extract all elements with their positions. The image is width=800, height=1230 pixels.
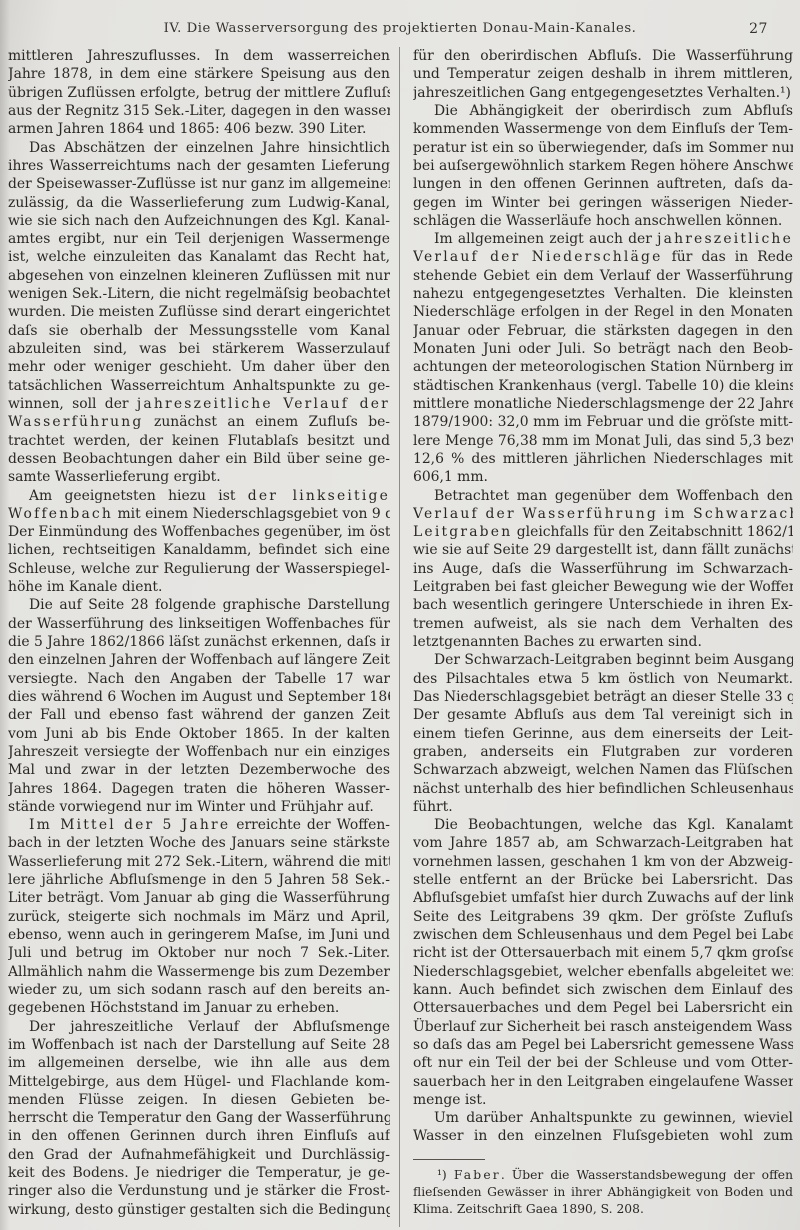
text-line: Liter beträgt. Vom Januar ab ging die Wa… xyxy=(8,889,390,907)
paragraph: Die Abhängigkeit der oberirdisch zum Abf… xyxy=(413,102,793,230)
text-line: Der Schwarzach-Leitgraben beginnt beim A… xyxy=(413,651,793,669)
text-run: Niederschläge erfolgen in der Regel in d… xyxy=(413,304,793,320)
text-run: dessen Beobachtungen daher ein Bild über… xyxy=(8,451,390,467)
text-line: jahreszeitlichen Gang entgegengesetztes … xyxy=(413,84,793,102)
text-run: Der Einmündung des Woffenbaches gegenübe… xyxy=(8,524,390,540)
text-run: im allgemeinen derselbe, wie ihn alle au… xyxy=(8,1055,390,1071)
text-line: Im Mittel der 5 Jahre erreichte der Woff… xyxy=(8,816,390,834)
text-run: Die auf Seite 28 folgende graphische Dar… xyxy=(29,597,390,613)
text-line: ¹) Faber. Über die Wasserstandsbewegung … xyxy=(413,1167,793,1184)
text-run: übrigen Zuflüssen erfolgte, betrug der m… xyxy=(8,85,390,101)
text-run: Liter beträgt. Vom Januar ab ging die Wa… xyxy=(8,890,390,906)
paragraph: mittleren Jahreszuflusses. In dem wasser… xyxy=(8,47,390,139)
emphasized-text: der linkseitige xyxy=(248,488,390,504)
text-run: zulässig, da die Wasserlieferung zum Lud… xyxy=(8,195,390,211)
text-run: vom Jahre 1857 ab, am Schwarzach-Leitgra… xyxy=(413,835,793,851)
text-run: Allmählich nahm die Wassermenge bis zum … xyxy=(8,964,390,980)
text-run: achtungen der meteorologischen Station N… xyxy=(413,359,793,375)
text-run: vom Juni ab bis Ende Oktober 1865. In de… xyxy=(8,726,390,742)
text-run: winnen, soll der xyxy=(8,396,137,412)
text-run: armen Jahren 1864 und 1865: 406 bezw. 39… xyxy=(8,121,366,137)
running-title: IV. Die Wasserversorgung des projektiert… xyxy=(0,21,800,36)
text-line: mittlere monatliche Niederschlagsmenge d… xyxy=(413,395,793,413)
paragraph: Um darüber Anhaltspunkte zu gewinnen, wi… xyxy=(413,1109,793,1146)
text-run: flieſsenden Gewässer in ihrer Abhängigke… xyxy=(413,1185,793,1199)
text-run: und Temperatur zeigen deshalb in ihrem m… xyxy=(413,66,793,82)
text-line: Ottersauerbaches und dem Pegel bei Laber… xyxy=(413,999,793,1017)
text-run: Um darüber Anhaltspunkte zu gewinnen, wi… xyxy=(434,1110,793,1126)
emphasized-text: Leitgraben xyxy=(413,524,512,540)
text-run: nahezu entgegengesetztes Verhalten. Die … xyxy=(413,286,793,302)
text-line: Abfluſsgebiet umfaſst hier durch Zuwachs… xyxy=(413,889,793,907)
column-divider-rule xyxy=(399,47,400,1227)
text-run: abzuleiten sind, was bei stärkerem Wasse… xyxy=(8,341,390,357)
text-run: bei auſsergewöhnlich starkem Regen höher… xyxy=(413,158,793,174)
text-line: richt ist der Ottersauerbach mit einem 5… xyxy=(413,944,793,962)
text-line: Die Beobachtungen, welche das Kgl. Kanal… xyxy=(413,816,793,834)
text-line: Woffenbach mit einem Niederschlagsgebiet… xyxy=(8,505,390,523)
text-line: der Wasserführung des linkseitigen Woffe… xyxy=(8,615,390,633)
text-run: zurück, steigerte sich nochmals im März … xyxy=(8,909,390,925)
text-line: sauerbach her in den Leitgraben eingelau… xyxy=(413,1073,793,1091)
text-run: Schwarzach abzweigt, welchen Namen das F… xyxy=(413,762,793,778)
text-run: stehende Gebiet ein dem Verlauf der Wass… xyxy=(413,268,793,284)
footnote: ¹) Faber. Über die Wasserstandsbewegung … xyxy=(413,1167,793,1219)
text-line: letztgenannten Baches zu erwarten sind. xyxy=(413,633,793,651)
text-run: herrscht die Temperatur den Gang der Was… xyxy=(8,1110,390,1126)
text-line: peratur ist ein so überwiegender, daſs i… xyxy=(413,139,793,157)
text-line: mittleren Jahreszuflusses. In dem wasser… xyxy=(8,47,390,65)
text-line: Niederschläge erfolgen in der Regel in d… xyxy=(413,303,793,321)
text-line: Januar oder Februar, die stärksten dageg… xyxy=(413,322,793,340)
text-run: der Speisewasser-Zuflüsse ist nur ganz i… xyxy=(8,176,390,192)
emphasized-text: Woffenbach xyxy=(8,506,113,522)
text-line: Wasserführung zunächst an einem Zufluſs … xyxy=(8,413,390,431)
text-run: Januar oder Februar, die stärksten dageg… xyxy=(413,323,793,339)
text-run: mittleren Jahreszuflusses. In dem wasser… xyxy=(8,48,390,64)
text-run: keit des Bodens. Je niedriger die Temper… xyxy=(8,1165,390,1181)
text-run: mit einem Niederschlagsgebiet von 9 qkm. xyxy=(113,506,390,522)
text-run: kommenden Wassermenge von dem Einfluſs d… xyxy=(413,121,793,137)
text-line: herrscht die Temperatur den Gang der Was… xyxy=(8,1109,390,1127)
text-line: führt. xyxy=(413,798,793,816)
emphasized-text: jahreszeitliche xyxy=(657,231,793,247)
emphasized-text: Verlauf der Wasserführung im Schwarzach- xyxy=(413,506,793,522)
text-line: Juli und betrug im Oktober nur noch 7 Se… xyxy=(8,944,390,962)
text-run: gleichfalls für den Zeitabschnitt 1862/1… xyxy=(512,524,793,540)
text-run: Der jahreszeitliche Verlauf der Abfluſsm… xyxy=(29,1019,390,1035)
text-run: Im allgemeinen zeigt auch der xyxy=(434,231,657,247)
text-run: 1879/1900: 32,0 mm im Februar und die gr… xyxy=(413,414,793,430)
text-run: samte Wasserlieferung ergibt. xyxy=(8,469,221,485)
text-run: Monaten Juni oder Juli. So beträgt nach … xyxy=(413,341,793,357)
text-run: tatsächlichen Wasserreichtum Anhaltspunk… xyxy=(8,378,390,394)
text-run: Jahre 1878, in dem eine stärkere Speisun… xyxy=(8,66,390,82)
text-run: . Über die Wasserstandsbewegung der offe… xyxy=(501,1168,793,1182)
text-run: zunächst an einem Zufluſs be- xyxy=(144,414,390,430)
text-line: in den offenen Gerinnen durch ihren Einf… xyxy=(8,1127,390,1145)
text-line: Wasser in den einzelnen Fluſsgebieten wo… xyxy=(413,1127,793,1145)
paragraph: Die Beobachtungen, welche das Kgl. Kanal… xyxy=(413,816,793,1109)
text-line: dessen Beobachtungen daher ein Bild über… xyxy=(8,450,390,468)
text-run: Leitgraben bei fast gleicher Bewegung wi… xyxy=(413,579,793,595)
text-run: menge ist. xyxy=(413,1092,486,1108)
paragraph: Im allgemeinen zeigt auch der jahreszeit… xyxy=(413,230,793,486)
text-line: wieder zu, um sich sodann rasch auf den … xyxy=(8,981,390,999)
text-line: Jahres 1864. Dagegen traten die höheren … xyxy=(8,780,390,798)
emphasized-text: Faber xyxy=(454,1168,501,1182)
text-line: Mal und zwar in der letzten Dezemberwoch… xyxy=(8,761,390,779)
footnote-separator-rule xyxy=(413,1159,485,1160)
text-line: Wasserlieferung mit 272 Sek.-Litern, wäh… xyxy=(8,853,390,871)
paragraph: Der Schwarzach-Leitgraben beginnt beim A… xyxy=(413,651,793,816)
text-line: Verlauf der Wasserführung im Schwarzach- xyxy=(413,505,793,523)
text-run: 12,6 % des mittleren jährlichen Niedersc… xyxy=(413,451,793,467)
paragraph: Der jahreszeitliche Verlauf der Abfluſsm… xyxy=(8,1018,390,1219)
paragraph: ¹) Faber. Über die Wasserstandsbewegung … xyxy=(413,1167,793,1219)
text-run: höhe im Kanale dient. xyxy=(8,579,162,595)
text-line: Der gesamte Abfluſs aus dem Tal vereinig… xyxy=(413,706,793,724)
text-run: Das Abschätzen der einzelnen Jahre hinsi… xyxy=(29,140,390,156)
text-run: Die Abhängigkeit der oberirdisch zum Abf… xyxy=(434,103,793,119)
text-line: Allmählich nahm die Wassermenge bis zum … xyxy=(8,963,390,981)
text-line: versiegte. Nach den Angaben der Tabelle … xyxy=(8,670,390,688)
text-line: ringer also die Verdunstung und je stärk… xyxy=(8,1182,390,1200)
text-run: lere Menge 76,38 mm im Monat Juli, das s… xyxy=(413,433,793,449)
text-run: trachtet werden, der keinen Flutablaſs b… xyxy=(8,433,390,449)
text-run: gegen im Winter bei geringen wässerigen … xyxy=(413,195,793,211)
text-run: für den oberirdischen Abfluſs. Die Wasse… xyxy=(413,48,793,64)
right-text-column: für den oberirdischen Abfluſs. Die Wasse… xyxy=(413,47,793,1227)
text-line: 606,1 mm. xyxy=(413,468,793,486)
text-line: oft nur ein Teil der bei der Schleuse un… xyxy=(413,1054,793,1072)
text-line: daſs sie oberhalb der Messungsstelle vom… xyxy=(8,322,390,340)
text-line: gegen im Winter bei geringen wässerigen … xyxy=(413,194,793,212)
text-run: kann. Auch befindet sich zwischen dem Ei… xyxy=(413,982,793,998)
text-run: Niederschlagsgebiet, welcher ebenfalls a… xyxy=(413,964,793,980)
text-line: übrigen Zuflüssen erfolgte, betrug der m… xyxy=(8,84,390,102)
text-line: Jahre 1878, in dem eine stärkere Speisun… xyxy=(8,65,390,83)
scanned-book-page: IV. Die Wasserversorgung des projektiert… xyxy=(0,0,800,1230)
emphasized-text: Wasserführung xyxy=(8,414,144,430)
text-line: einem tiefen Gerinne, aus dem einerseits… xyxy=(413,725,793,743)
text-run: ¹) xyxy=(437,1168,454,1182)
text-run: menden Flüsse zeigen. In diesen Gebieten… xyxy=(8,1092,390,1108)
text-line: wie sie auf Seite 29 dargestellt ist, da… xyxy=(413,541,793,559)
text-line: Das Niederschlagsgebiet beträgt an diese… xyxy=(413,688,793,706)
text-run: ringer also die Verdunstung und je stärk… xyxy=(8,1183,390,1199)
text-line: graben, anderseits ein Flutgraben zur vo… xyxy=(413,743,793,761)
text-run: wurden. Die meisten Zuflüsse sind derart… xyxy=(8,304,390,320)
text-run: peratur ist ein so überwiegender, daſs i… xyxy=(413,140,793,156)
text-line: winnen, soll der jahreszeitliche Verlauf… xyxy=(8,395,390,413)
text-line: menge ist. xyxy=(413,1091,793,1109)
text-line: Das Abschätzen der einzelnen Jahre hinsi… xyxy=(8,139,390,157)
text-line: der Speisewasser-Zuflüsse ist nur ganz i… xyxy=(8,175,390,193)
text-line: im allgemeinen derselbe, wie ihn alle au… xyxy=(8,1054,390,1072)
text-line: zulässig, da die Wasserlieferung zum Lud… xyxy=(8,194,390,212)
text-line: Der Einmündung des Woffenbaches gegenübe… xyxy=(8,523,390,541)
text-line: bei auſsergewöhnlich starkem Regen höher… xyxy=(413,157,793,175)
text-line: lungen in den offenen Gerinnen auftreten… xyxy=(413,175,793,193)
text-line: Mittelgebirge, aus dem Hügel- und Flachl… xyxy=(8,1073,390,1091)
paragraph: Im Mittel der 5 Jahre erreichte der Woff… xyxy=(8,816,390,1017)
page-header: IV. Die Wasserversorgung des projektiert… xyxy=(0,21,800,39)
paragraph: für den oberirdischen Abfluſs. Die Wasse… xyxy=(413,47,793,102)
text-line: samte Wasserlieferung ergibt. xyxy=(8,468,390,486)
text-run: richt ist der Ottersauerbach mit einem 5… xyxy=(413,945,793,961)
text-line: wenigen Sek.-Litern, die nicht regelmäſs… xyxy=(8,285,390,303)
text-line: Im allgemeinen zeigt auch der jahreszeit… xyxy=(413,230,793,248)
text-line: Jahreszeit versiegte der Woffenbach nur … xyxy=(8,743,390,761)
text-run: gegebenen Höchststand im Januar zu erheb… xyxy=(8,1000,339,1016)
text-line: abgesehen von einzelnen kleineren Zuflüs… xyxy=(8,267,390,285)
text-line: kann. Auch befindet sich zwischen dem Ei… xyxy=(413,981,793,999)
text-run: jahreszeitlichen Gang entgegengesetztes … xyxy=(413,85,791,101)
text-line: Monaten Juni oder Juli. So beträgt nach … xyxy=(413,340,793,358)
text-run: ihres Wasserreichtums nach der gesamten … xyxy=(8,158,390,174)
text-run: vornehmen lassen, geschahen 1 km von der… xyxy=(413,854,793,870)
text-run: graben, anderseits ein Flutgraben zur vo… xyxy=(413,744,793,760)
text-line: 1879/1900: 32,0 mm im Februar und die gr… xyxy=(413,413,793,431)
text-run: nächst unterhalb des hier befindlichen S… xyxy=(413,781,793,797)
text-run: dies während 6 Wochen im August und Sept… xyxy=(8,689,390,705)
paragraph: Das Abschätzen der einzelnen Jahre hinsi… xyxy=(8,139,390,487)
text-line: zwischen dem Schleusenhaus und dem Pegel… xyxy=(413,926,793,944)
text-run: lere jährliche Abfluſsmenge in den 5 Jah… xyxy=(8,872,390,888)
text-line: achtungen der meteorologischen Station N… xyxy=(413,358,793,376)
text-line: menden Flüsse zeigen. In diesen Gebieten… xyxy=(8,1091,390,1109)
text-run: versiegte. Nach den Angaben der Tabelle … xyxy=(8,671,390,687)
text-line: dies während 6 Wochen im August und Sept… xyxy=(8,688,390,706)
text-run: Klima. Zeitschrift Gaea 1890, S. 208. xyxy=(413,1202,644,1216)
text-run: aus der Regnitz 315 Sek.-Liter, dagegen … xyxy=(8,103,390,119)
text-run: bach in der letzten Woche des Januars se… xyxy=(8,835,390,851)
text-line: Verlauf der Niederschläge für das in Red… xyxy=(413,248,793,266)
text-line: tremen aufweist, als sie nach dem Verhal… xyxy=(413,615,793,633)
text-run: Juli und betrug im Oktober nur noch 7 Se… xyxy=(8,945,390,961)
emphasized-text: jahreszeitliche Verlauf der xyxy=(137,396,390,412)
text-line: keit des Bodens. Je niedriger die Temper… xyxy=(8,1164,390,1182)
two-column-text-area: mittleren Jahreszuflusses. In dem wasser… xyxy=(8,47,794,1227)
right-column-body: für den oberirdischen Abfluſs. Die Wasse… xyxy=(413,47,793,1146)
text-run: in den offenen Gerinnen durch ihren Einf… xyxy=(8,1128,390,1144)
text-run: im Woffenbach ist nach der Darstellung a… xyxy=(8,1037,390,1053)
text-line: lichen, rechtseitigen Kanaldamm, befinde… xyxy=(8,541,390,559)
text-run: oft nur ein Teil der bei der Schleuse un… xyxy=(413,1055,793,1071)
text-run: den einzelnen Jahren der Woffenbach auf … xyxy=(8,652,390,668)
text-line: Um darüber Anhaltspunkte zu gewinnen, wi… xyxy=(413,1109,793,1127)
text-run: Der gesamte Abfluſs aus dem Tal vereinig… xyxy=(413,707,793,723)
text-run: bach wesentlich geringere Unterschiede i… xyxy=(413,597,793,613)
text-run: Der Schwarzach-Leitgraben beginnt beim A… xyxy=(434,652,793,668)
text-line: schlägen die Wasserläufe hoch anschwelle… xyxy=(413,212,793,230)
text-line: aus der Regnitz 315 Sek.-Liter, dagegen … xyxy=(8,102,390,120)
text-line: vom Juni ab bis Ende Oktober 1865. In de… xyxy=(8,725,390,743)
text-line: bach in der letzten Woche des Januars se… xyxy=(8,834,390,852)
paragraph: Betrachtet man gegenüber dem Woffenbach … xyxy=(413,487,793,652)
emphasized-text: Verlauf der Niederschläge xyxy=(413,249,663,265)
text-line: nächst unterhalb des hier befindlichen S… xyxy=(413,780,793,798)
text-line: lere jährliche Abfluſsmenge in den 5 Jah… xyxy=(8,871,390,889)
text-run: den Grad der Aufnahmefähigkeit und Durch… xyxy=(8,1147,390,1163)
text-line: Die auf Seite 28 folgende graphische Dar… xyxy=(8,596,390,614)
text-line: trachtet werden, der keinen Flutablaſs b… xyxy=(8,432,390,450)
text-run: städtischen Krankenhaus (vergl. Tabelle … xyxy=(413,378,793,394)
text-run: erreichte der Woffen- xyxy=(230,817,390,833)
text-line: wirkung, desto günstiger gestalten sich … xyxy=(8,1201,390,1219)
text-run: Die Beobachtungen, welche das Kgl. Kanal… xyxy=(434,817,793,833)
text-run: Wasser in den einzelnen Fluſsgebieten wo… xyxy=(413,1128,793,1144)
text-run: wirkung, desto günstiger gestalten sich … xyxy=(8,1202,390,1218)
text-line: Seite des Leitgrabens 39 qkm. Der gröſst… xyxy=(413,908,793,926)
text-line: Klima. Zeitschrift Gaea 1890, S. 208. xyxy=(413,1201,793,1218)
text-line: Die Abhängigkeit der oberirdisch zum Abf… xyxy=(413,102,793,120)
text-line: ist, welche einzuleiten das Kanalamt das… xyxy=(8,248,390,266)
text-run: einem tiefen Gerinne, aus dem einerseits… xyxy=(413,726,793,742)
text-line: zurück, steigerte sich nochmals im März … xyxy=(8,908,390,926)
text-line: Leitgraben gleichfalls für den Zeitabsch… xyxy=(413,523,793,541)
text-run: wie sie auf Seite 29 dargestellt ist, da… xyxy=(413,542,793,558)
text-run: des Pilsachtales etwa 5 km östlich von N… xyxy=(413,671,793,687)
text-line: des Pilsachtales etwa 5 km östlich von N… xyxy=(413,670,793,688)
text-line: Niederschlagsgebiet, welcher ebenfalls a… xyxy=(413,963,793,981)
text-run: tremen aufweist, als sie nach dem Verhal… xyxy=(413,616,793,632)
text-line: lere Menge 76,38 mm im Monat Juli, das s… xyxy=(413,432,793,450)
text-line: mehr oder weniger geschieht. Um daher üb… xyxy=(8,358,390,376)
text-run: zwischen dem Schleusenhaus und dem Pegel… xyxy=(413,927,793,943)
text-line: Betrachtet man gegenüber dem Woffenbach … xyxy=(413,487,793,505)
text-run: lichen, rechtseitigen Kanaldamm, befinde… xyxy=(8,542,390,558)
text-line: vornehmen lassen, geschahen 1 km von der… xyxy=(413,853,793,871)
text-run: Mal und zwar in der letzten Dezemberwoch… xyxy=(8,762,390,778)
text-line: amtes ergibt, nur ein Teil derjenigen Wa… xyxy=(8,230,390,248)
text-line: stände vorwiegend nur im Winter und Früh… xyxy=(8,798,390,816)
text-line: nahezu entgegengesetztes Verhalten. Die … xyxy=(413,285,793,303)
text-run: Abfluſsgebiet umfaſst hier durch Zuwachs… xyxy=(413,890,793,906)
text-run: stände vorwiegend nur im Winter und Früh… xyxy=(8,799,374,815)
text-line: im Woffenbach ist nach der Darstellung a… xyxy=(8,1036,390,1054)
text-run: 606,1 mm. xyxy=(413,469,488,485)
text-line: gegebenen Höchststand im Januar zu erheb… xyxy=(8,999,390,1017)
text-run: die 5 Jahre 1862/1866 läſst zunächst erk… xyxy=(8,634,390,650)
text-run: Mittelgebirge, aus dem Hügel- und Flachl… xyxy=(8,1074,390,1090)
text-run: daſs sie oberhalb der Messungsstelle vom… xyxy=(8,323,390,339)
text-run: Jahres 1864. Dagegen traten die höheren … xyxy=(8,781,390,797)
text-run: stelle entfernt an der Brücke bei Labers… xyxy=(413,872,793,888)
text-run: führt. xyxy=(413,799,453,815)
text-line: die 5 Jahre 1862/1866 läſst zunächst erk… xyxy=(8,633,390,651)
text-line: der Fall und ebenso fast während der gan… xyxy=(8,706,390,724)
text-line: für den oberirdischen Abfluſs. Die Wasse… xyxy=(413,47,793,65)
text-line: flieſsenden Gewässer in ihrer Abhängigke… xyxy=(413,1184,793,1201)
text-line: so daſs das am Pegel bei Labersricht gem… xyxy=(413,1036,793,1054)
text-line: ihres Wasserreichtums nach der gesamten … xyxy=(8,157,390,175)
emphasized-text: Im Mittel der 5 Jahre xyxy=(29,817,230,833)
text-run: lungen in den offenen Gerinnen auftreten… xyxy=(413,176,793,192)
text-run: Am geeignetsten hiezu ist xyxy=(29,488,248,504)
text-run: für das in Rede xyxy=(663,249,793,265)
text-line: bach wesentlich geringere Unterschiede i… xyxy=(413,596,793,614)
text-line: Der jahreszeitliche Verlauf der Abfluſsm… xyxy=(8,1018,390,1036)
text-line: abzuleiten sind, was bei stärkerem Wasse… xyxy=(8,340,390,358)
text-line: Überlauf zur Sicherheit bei rasch anstei… xyxy=(413,1018,793,1036)
text-line: städtischen Krankenhaus (vergl. Tabelle … xyxy=(413,377,793,395)
paragraph: Am geeignetsten hiezu ist der linkseitig… xyxy=(8,487,390,597)
text-line: Schwarzach abzweigt, welchen Namen das F… xyxy=(413,761,793,779)
text-run: wenigen Sek.-Litern, die nicht regelmäſs… xyxy=(8,286,390,302)
text-run: wieder zu, um sich sodann rasch auf den … xyxy=(8,982,390,998)
text-run: sauerbach her in den Leitgraben eingelau… xyxy=(413,1074,793,1090)
text-run: mehr oder weniger geschieht. Um daher üb… xyxy=(8,359,390,375)
left-text-column: mittleren Jahreszuflusses. In dem wasser… xyxy=(8,47,390,1227)
text-line: vom Jahre 1857 ab, am Schwarzach-Leitgra… xyxy=(413,834,793,852)
text-line: wie sie sich nach den Aufzeichnungen des… xyxy=(8,212,390,230)
text-line: 12,6 % des mittleren jährlichen Niedersc… xyxy=(413,450,793,468)
text-line: tatsächlichen Wasserreichtum Anhaltspunk… xyxy=(8,377,390,395)
text-line: den einzelnen Jahren der Woffenbach auf … xyxy=(8,651,390,669)
text-line: Leitgraben bei fast gleicher Bewegung wi… xyxy=(413,578,793,596)
text-run: der Wasserführung des linkseitigen Woffe… xyxy=(8,616,390,632)
text-line: den Grad der Aufnahmefähigkeit und Durch… xyxy=(8,1146,390,1164)
text-run: Ottersauerbaches und dem Pegel bei Laber… xyxy=(413,1000,793,1016)
page-number: 27 xyxy=(749,21,768,37)
text-run: abgesehen von einzelnen kleineren Zuflüs… xyxy=(8,268,390,284)
text-run: Überlauf zur Sicherheit bei rasch anstei… xyxy=(413,1019,793,1035)
text-line: Schleuse, welche zur Regulierung der Was… xyxy=(8,560,390,578)
text-run: Wasserlieferung mit 272 Sek.-Litern, wäh… xyxy=(8,854,390,870)
text-run: so daſs das am Pegel bei Labersricht gem… xyxy=(413,1037,793,1053)
text-run: der Fall und ebenso fast während der gan… xyxy=(8,707,390,723)
text-run: mittlere monatliche Niederschlagsmenge d… xyxy=(413,396,793,412)
text-run: ebenso, wenn auch in geringerem Maſse, i… xyxy=(8,927,390,943)
text-run: letztgenannten Baches zu erwarten sind. xyxy=(413,634,702,650)
text-run: Das Niederschlagsgebiet beträgt an diese… xyxy=(413,689,793,705)
text-run: ist, welche einzuleiten das Kanalamt das… xyxy=(8,249,390,265)
text-line: wurden. Die meisten Zuflüsse sind derart… xyxy=(8,303,390,321)
text-line: armen Jahren 1864 und 1865: 406 bezw. 39… xyxy=(8,120,390,138)
text-line: ins Auge, daſs die Wasserführung im Schw… xyxy=(413,560,793,578)
text-line: kommenden Wassermenge von dem Einfluſs d… xyxy=(413,120,793,138)
text-run: schlägen die Wasserläufe hoch anschwelle… xyxy=(413,213,782,229)
text-run: wie sie sich nach den Aufzeichnungen des… xyxy=(8,213,390,229)
text-line: Am geeignetsten hiezu ist der linkseitig… xyxy=(8,487,390,505)
text-run: amtes ergibt, nur ein Teil derjenigen Wa… xyxy=(8,231,390,247)
text-run: Seite des Leitgrabens 39 qkm. Der gröſst… xyxy=(413,909,793,925)
text-line: und Temperatur zeigen deshalb in ihrem m… xyxy=(413,65,793,83)
text-line: stelle entfernt an der Brücke bei Labers… xyxy=(413,871,793,889)
text-line: stehende Gebiet ein dem Verlauf der Wass… xyxy=(413,267,793,285)
paragraph: Die auf Seite 28 folgende graphische Dar… xyxy=(8,596,390,816)
text-line: ebenso, wenn auch in geringerem Maſse, i… xyxy=(8,926,390,944)
text-run: Betrachtet man gegenüber dem Woffenbach … xyxy=(434,488,793,504)
text-run: ins Auge, daſs die Wasserführung im Schw… xyxy=(413,561,793,577)
text-line: höhe im Kanale dient. xyxy=(8,578,390,596)
text-run: Jahreszeit versiegte der Woffenbach nur … xyxy=(8,744,390,760)
text-run: Schleuse, welche zur Regulierung der Was… xyxy=(8,561,390,577)
